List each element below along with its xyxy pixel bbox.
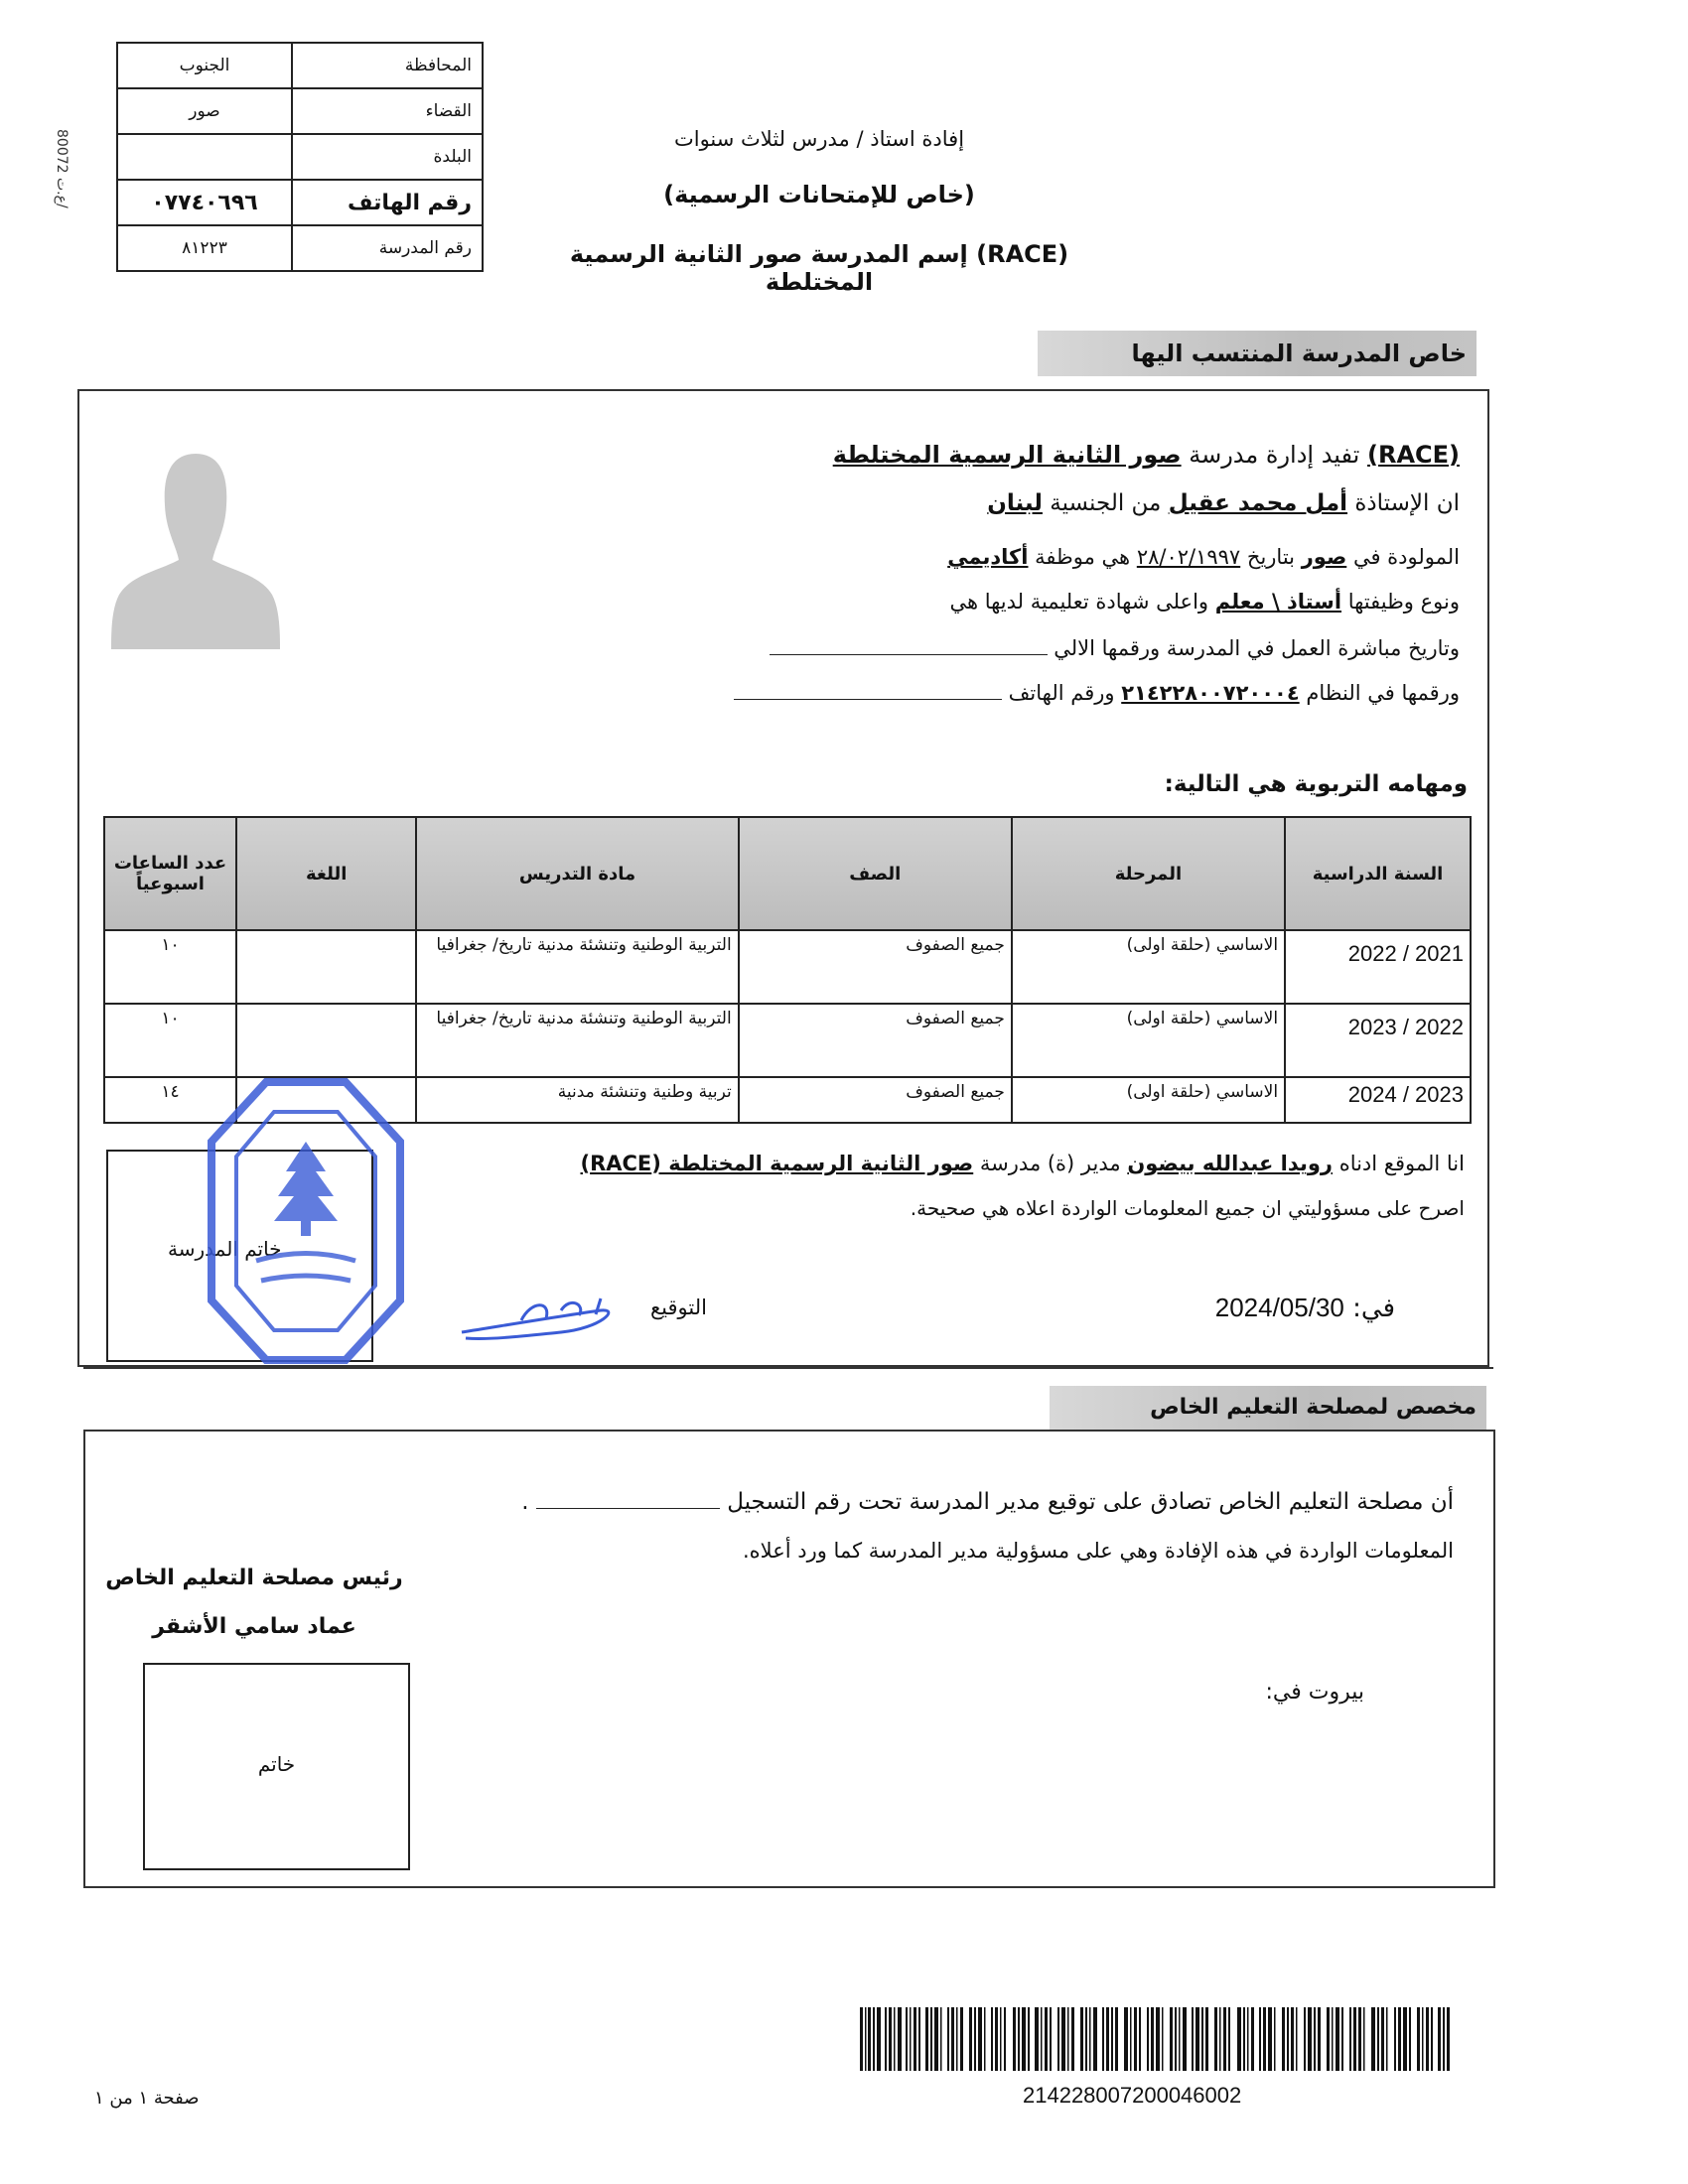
phone-blank [734,699,1002,700]
department-stamp-box: خاتم [143,1663,410,1870]
degree-text: واعلى شهادة تعليمية لديها هي [949,590,1208,614]
col-year: السنة الدراسية [1285,817,1471,930]
table-row: ٠٧٧٤٠٦٩٦ رقم الهاتف [117,180,483,225]
school-number-label: رقم المدرسة [292,225,483,271]
table-row: 2022 / 2023 الاساسي (حلقة اولى) جميع الص… [104,1004,1471,1077]
private-education-section: أن مصلحة التعليم الخاص تصادق على توقيع م… [83,1430,1495,1888]
school-name: صور الثانية الرسمية المختلطة [833,441,1182,469]
born-prefix: المولودة في [1353,545,1460,569]
start-date-line: وتاريخ مباشرة العمل في المدرسة ورقمها ال… [770,636,1460,660]
table-header-row: السنة الدراسية المرحلة الصف مادة التدريس… [104,817,1471,930]
start-text: وتاريخ مباشرة العمل في المدرسة ورقمها ال… [1054,636,1460,660]
department-head-title: رئيس مصلحة التعليم الخاص [105,1566,403,1590]
job-line: ونوع وظيفتها أستاذ \ معلم واعلى شهادة تع… [949,590,1460,614]
district-label: القضاء [292,88,483,134]
employee-type: أكاديمي [947,545,1028,569]
school-name-title: (RACE) إسم المدرسة صور الثانية الرسمية ا… [536,240,1102,296]
phone-text: ورقم الهاتف [1009,681,1115,705]
cell-year: 2021 / 2022 [1285,930,1471,1004]
table-row: صور القضاء [117,88,483,134]
section-band-school: خاص المدرسة المنتسب اليها [1038,331,1477,376]
declaration-prefix: انا الموقع ادناه [1339,1152,1465,1175]
birth-place: صور [1302,545,1347,569]
birth-line: المولودة في صور بتاريخ ٢٨/٠٢/١٩٩٧ هي موظ… [947,545,1460,569]
approval-line: أن مصلحة التعليم الخاص تصادق على توقيع م… [521,1489,1454,1515]
table-row: الجنوب المحافظة [117,43,483,88]
col-grade: الصف [739,817,1012,930]
governorate-label: المحافظة [292,43,483,88]
signature-label: التوقيع [650,1296,707,1319]
job-type: أستاذ \ معلم [1215,590,1341,614]
auto-number-blank [770,654,1048,655]
town-label: البلدة [292,134,483,180]
approval-line-2: المعلومات الواردة في هذه الإفادة وهي على… [743,1539,1454,1563]
governorate-value: الجنوب [117,43,292,88]
declaration-middle: مدير (ة) مدرسة [980,1152,1121,1175]
system-number: ٢١٤٢٢٨٠٠٧٢٠٠٠٤ [1121,681,1299,705]
barcode-icon [860,2007,1450,2071]
table-row: 2021 / 2022 الاساسي (حلقة اولى) جميع الص… [104,930,1471,1004]
town-value [117,134,292,180]
official-seal-icon [207,1072,405,1370]
cell-year: 2022 / 2023 [1285,1004,1471,1077]
duties-heading: ومهامه التربوية هي التالية: [1165,771,1468,797]
signature-icon [452,1281,650,1350]
declaration-school: صور الثانية الرسمية المختلطة (RACE) [580,1152,973,1175]
col-stage: المرحلة [1012,817,1285,930]
declaration-statement: اصرح على مسؤوليتي ان جميع المعلومات الوا… [911,1196,1465,1220]
col-subject: مادة التدريس [416,817,738,930]
cell-language [236,1004,416,1077]
cell-hours: ١٠ [104,930,236,1004]
birth-date: ٢٨/٠٢/١٩٩٧ [1137,545,1240,569]
cell-year: 2023 / 2024 [1285,1077,1471,1123]
document-title: إفادة استاذ / مدرس لثلاث سنوات [536,127,1102,151]
intro-text: تفيد إدارة مدرسة [1189,441,1359,469]
cell-subject: التربية الوطنية وتنشئة مدنية تاريخ/ جغرا… [416,930,738,1004]
job-prefix: ونوع وظيفتها [1348,590,1460,614]
cell-subject: التربية الوطنية وتنشئة مدنية تاريخ/ جغرا… [416,1004,738,1077]
cell-hours: ١٠ [104,1004,236,1077]
person-silhouette-icon [101,446,290,654]
col-hours: عدد الساعات اسبوعياً [104,817,236,930]
system-prefix: ورقمها في النظام [1306,681,1460,705]
table-row: البلدة [117,134,483,180]
teacher-name: أمل محمد عقيل [1169,490,1347,516]
document-subtitle: (خاص للإمتحانات الرسمية) [536,181,1102,208]
cell-stage: الاساسي (حلقة اولى) [1012,930,1285,1004]
school-intro-line: (RACE) تفيد إدارة مدرسة صور الثانية الرس… [833,441,1460,469]
teacher-line: ان الإستاذة أمل محمد عقيل من الجنسية لبن… [987,490,1460,516]
declaration-line: انا الموقع ادناه رويدا عبدالله بيضون مدي… [580,1152,1465,1175]
teacher-prefix: ان الإستاذة [1354,490,1460,516]
district-value: صور [117,88,292,134]
cell-stage: الاساسي (حلقة اولى) [1012,1077,1285,1123]
system-number-line: ورقمها في النظام ٢١٤٢٢٨٠٠٧٢٠٠٠٤ ورقم اله… [734,681,1460,705]
cell-grade: جميع الصفوف [739,1077,1012,1123]
date-value: 2024/05/30 [1215,1293,1344,1322]
nationality-prefix: من الجنسية [1050,490,1161,516]
employee-prefix: هي موظفة [1035,545,1130,569]
school-info-table: الجنوب المحافظة صور القضاء البلدة ٠٧٧٤٠٦… [116,42,484,272]
nationality: لبنان [987,490,1043,516]
date-prefix: بتاريخ [1247,545,1295,569]
approval-text: أن مصلحة التعليم الخاص تصادق على توقيع م… [727,1489,1454,1515]
document-code: ع.ت 80072/ [54,129,70,208]
col-language: اللغة [236,817,416,930]
phone-value: ٠٧٧٤٠٦٩٦ [117,180,292,225]
department-head-name: عماد سامي الأشقر [105,1614,403,1639]
race-tag: (RACE) [1367,441,1460,469]
cell-stage: الاساسي (حلقة اولى) [1012,1004,1285,1077]
registration-blank [536,1508,720,1509]
page-number: صفحة ١ من ١ [94,2088,200,2109]
cell-grade: جميع الصفوف [739,1004,1012,1077]
declaration-date: في: 2024/05/30 [1215,1293,1395,1323]
barcode-number: 214228007200046002 [1023,2083,1241,2109]
table-row: ٨١٢٢٣ رقم المدرسة [117,225,483,271]
cell-grade: جميع الصفوف [739,930,1012,1004]
school-number-value: ٨١٢٢٣ [117,225,292,271]
beirut-date-label: بيروت في: [1266,1680,1365,1705]
date-label: في: [1352,1294,1395,1323]
section-divider [83,1367,1493,1369]
director-name: رويدا عبدالله بيضون [1127,1152,1333,1175]
section-band-private-education: مخصص لمصلحة التعليم الخاص [1050,1386,1486,1430]
department-stamp-label: خاتم [145,1752,408,1776]
cell-language [236,930,416,1004]
phone-label: رقم الهاتف [292,180,483,225]
cell-subject: تربية وطنية وتنشئة مدنية [416,1077,738,1123]
